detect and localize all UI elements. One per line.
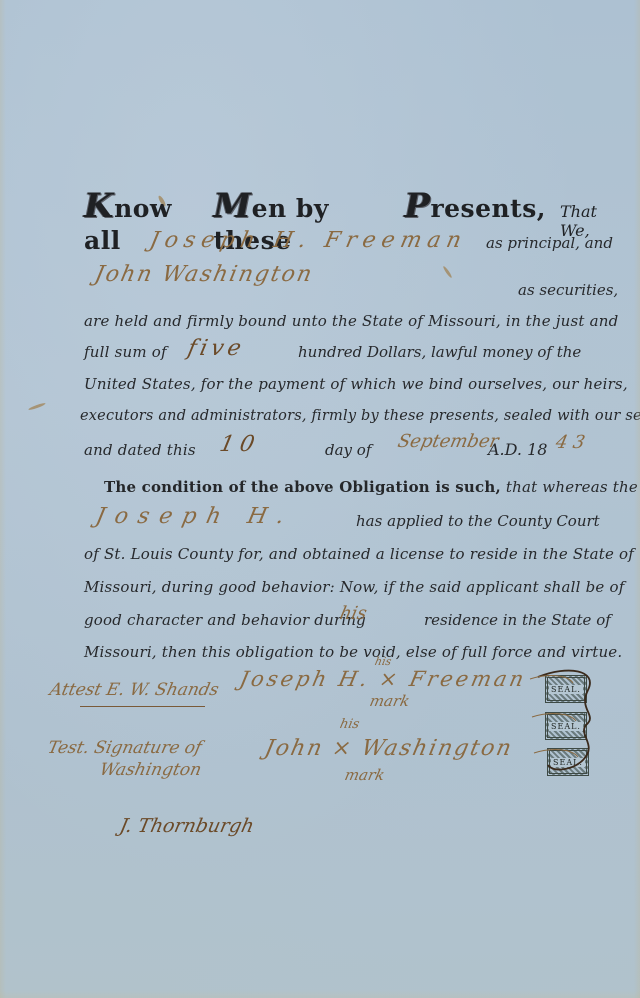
signature2-his: his: [338, 717, 360, 732]
signature-washington: John × Washington: [262, 736, 515, 761]
document-page: Know all Men by these Presents, That We,…: [0, 0, 640, 998]
text-applied: has applied to the County Court: [356, 512, 600, 530]
text-condition: The condition of the above Obligation is…: [104, 478, 618, 496]
signature1-mark: mark: [368, 692, 411, 710]
securities-suffix: as securities,: [518, 281, 618, 299]
text-ad: A.D. 18: [488, 440, 547, 459]
text-united-states: United States, for the payment of which …: [84, 375, 618, 393]
handwritten-sum: five: [185, 336, 247, 361]
text-void-clause: Missouri, then this obligation to be voi…: [84, 643, 618, 661]
text-good-character-suffix: residence in the State of: [424, 611, 611, 629]
seal-brace-flourish: [528, 665, 608, 780]
text-condition-italic: that whereas the said: [506, 478, 640, 496]
handwritten-principal-name: Joseph H. Freeman: [147, 228, 469, 253]
handwritten-security-name: John Washington: [92, 262, 316, 287]
ink-stain: [28, 402, 46, 411]
heading-presents: Presents,: [404, 186, 546, 226]
handwritten-test-signature: Test. Signature of: [46, 738, 204, 758]
attest-underline: [80, 706, 205, 707]
ink-stain: [442, 265, 452, 278]
signature-thornburgh: J. Thornburgh: [118, 815, 256, 837]
signature2-mark: mark: [343, 766, 386, 784]
handwritten-year: 4 3: [554, 432, 587, 453]
text-condition-gothic: The condition of the above Obligation is…: [104, 478, 501, 496]
principal-suffix: as principal, and: [486, 234, 613, 252]
signature-freeman: Joseph H. × Freeman: [237, 667, 528, 691]
text-missouri-good-behavior: Missouri, during good behavior: Now, if …: [84, 578, 618, 596]
text-held-bound: are held and firmly bound unto the State…: [84, 312, 618, 330]
handwritten-test-signature-name: Washington: [98, 760, 203, 780]
text-sum-suffix: hundred Dollars, lawful money of the: [298, 343, 581, 361]
text-st-louis-county: of St. Louis County for, and obtained a …: [84, 545, 618, 563]
handwritten-attest: Attest E. W. Shands: [48, 680, 221, 700]
text-day-of: day of: [325, 441, 371, 459]
handwritten-month: September: [396, 431, 501, 452]
handwritten-pronoun: his: [338, 603, 369, 624]
handwritten-applicant-name: Joseph H.: [93, 504, 296, 529]
text-executors: executors and administrators, firmly by …: [80, 408, 618, 424]
handwritten-day: 10: [217, 432, 262, 457]
